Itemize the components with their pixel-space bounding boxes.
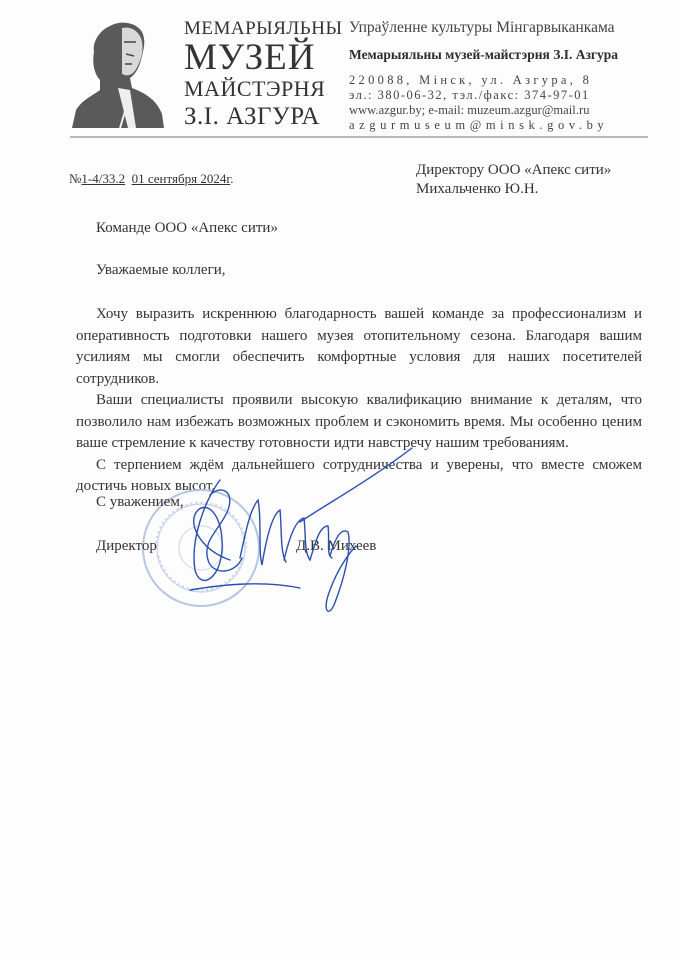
phone-numbers: эл.: 380-06-32, тэл./факс: 374-97-01 <box>349 88 647 103</box>
address: 220088, Мінск, ул. Азгура, 8 <box>349 73 647 88</box>
reference-prefix: № <box>69 171 81 186</box>
reference-date-suffix: . <box>230 171 233 186</box>
letter-page: МЕМАРЫЯЛЬНЫ МУЗЕЙ МАЙСТЭРНЯ З.І. АЗГУРА … <box>0 0 679 960</box>
addressee-line-1: Директору ООО «Апекс сити» <box>416 161 611 180</box>
reference-date: 01 сентября 2024г <box>132 171 231 186</box>
organization-name: Мемарыяльны музей-майстэрня З.І. Азгура <box>349 46 647 64</box>
reference-line: №1-4/33.2 01 сентября 2024г. <box>69 171 233 187</box>
team-salutation: Команде ООО «Апекс сити» <box>96 220 278 237</box>
secondary-email: azgurmuseum@minsk.gov.by <box>349 118 647 133</box>
reference-number: 1-4/33.2 <box>81 171 125 186</box>
salutation: Уважаемые коллеги, <box>96 262 226 279</box>
body-paragraph-1: Хочу выразить искреннюю благодарность ва… <box>76 304 642 390</box>
addressee-line-2: Михальченко Ю.Н. <box>416 180 611 199</box>
logo-line-4: З.І. АЗГУРА <box>184 102 343 132</box>
header-divider <box>70 136 648 138</box>
website-email: www.azgur.by; e-mail: muzeum.azgur@mail.… <box>349 103 647 118</box>
signatory-title: Директор <box>96 538 157 555</box>
handwritten-signature-icon <box>150 440 420 620</box>
department-name: Упраўленне культуры Мінгарвыканкама <box>349 18 647 38</box>
addressee-block: Директору ООО «Апекс сити» Михальченко Ю… <box>416 161 611 199</box>
logo-line-2: МУЗЕЙ <box>184 40 343 76</box>
sculptor-portrait-icon <box>70 18 168 128</box>
contact-block: Упраўленне культуры Мінгарвыканкама Мема… <box>349 18 647 133</box>
logo-line-3: МАЙСТЭРНЯ <box>184 76 343 102</box>
museum-logo: МЕМАРЫЯЛЬНЫ МУЗЕЙ МАЙСТЭРНЯ З.І. АЗГУРА <box>184 18 343 132</box>
